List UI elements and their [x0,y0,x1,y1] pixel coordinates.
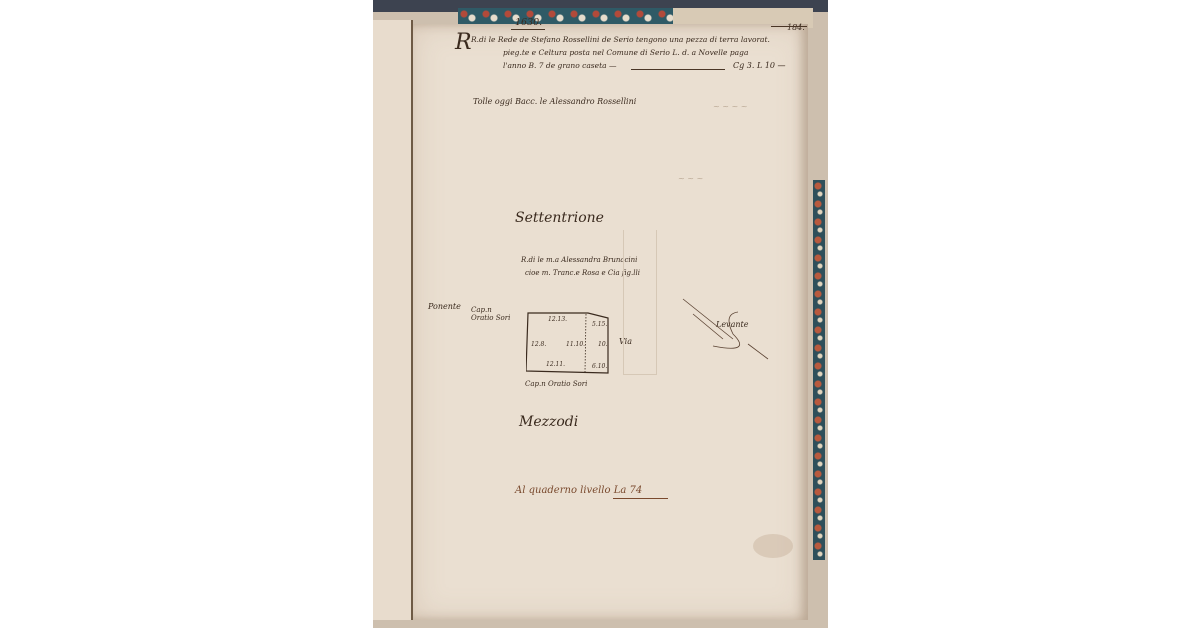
footer-underline [613,498,668,499]
entry-line-4: Tolle oggi Bacc. le Alessandro Rossellin… [473,97,636,106]
land-plot-diagram: 12.13. 5.15. 12.8. 11.10. 10. 12.11. 6.1… [526,311,626,374]
west-label: Ponente [428,302,461,311]
north-label: Settentrione [515,210,604,226]
entry-line-1: R.di le Rede de Stefano Rossellini de Se… [471,35,770,44]
measure-right: 10. [598,341,608,348]
measure-top-right: 5.15. [592,321,607,328]
measure-bottom-right: 6.10. [592,363,607,370]
south-owner: Cap.n Oratio Sori [525,380,587,388]
year-underline [511,29,545,30]
entry-amount: Cg 3. L 10 — [733,61,786,70]
left-page-edge [373,20,413,620]
measure-middle: 11.10. [566,341,585,348]
rubric-initial: R [455,30,472,55]
measure-bottom: 12.11. [546,361,565,368]
measure-top: 12.13. [548,316,567,323]
entry-line-2: pieg.te e Celtura posta nel Comune di Se… [503,48,748,57]
bleed-through-text: ~ ~ ~ [678,174,703,183]
south-label: Mezzodi [519,414,578,430]
entry-fill-line [631,69,725,70]
bleed-through-shape [623,230,657,375]
year-header: 1630. [515,17,542,28]
page-number: 184. [787,23,805,32]
bleed-through-text: ~ ~ ~ ~ [713,102,747,111]
manuscript-scan: 1630. 184. R R.di le Rede de Stefano Ros… [373,0,828,628]
paper-stain [753,534,793,558]
north-owner-line-1: R.di le m.a Alessandra Brunacini [521,256,637,264]
footer-note: Al quaderno livello La 74 [515,485,642,496]
entry-line-3: l'anno B. 7 de grano caseta — [503,61,616,70]
west-owner: Cap.n Oratio Sori [471,306,511,322]
measure-left: 12.8. [531,341,546,348]
pen-flourish [663,294,783,374]
manuscript-page: 1630. 184. R R.di le Rede de Stefano Ros… [413,24,808,620]
decorative-endpaper-right [813,180,825,560]
page-number-underline [771,26,807,27]
